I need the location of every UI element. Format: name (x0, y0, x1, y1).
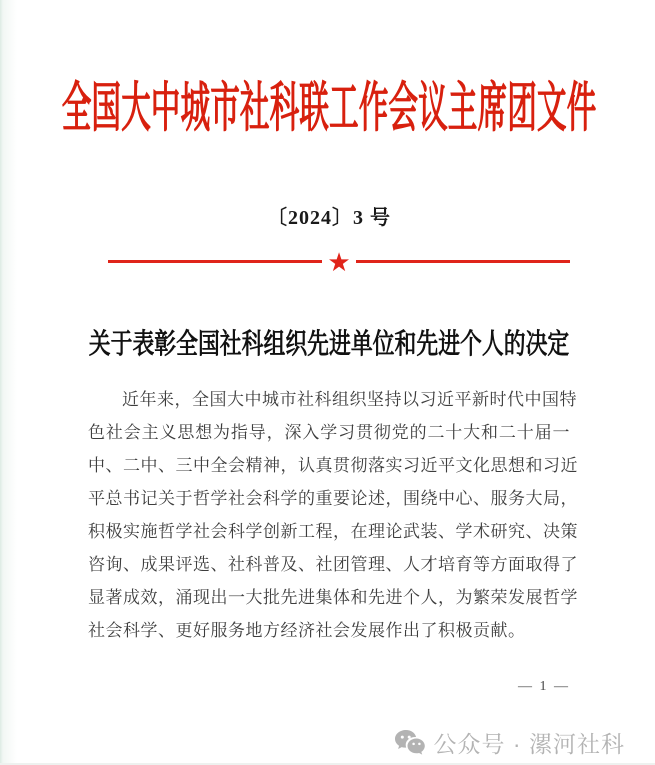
body-line: 平总书记关于哲学社会科学的重要论述，围绕中心、服务大局， (88, 482, 570, 515)
body-line: 咨询、成果评选、社科普及、社团管理、人才培育等方面取得了 (88, 548, 570, 581)
body-line: 色社会主义思想为指导，深入学习贯彻党的二十大和二十届一 (88, 416, 570, 449)
account-watermark: 公众号 · 漯河社科 (394, 726, 625, 759)
document-number: 〔2024〕3 号 (88, 201, 570, 230)
red-divider-rule: ★ (108, 248, 570, 274)
paper-left-edge (0, 0, 18, 765)
body-paragraph: 近年来，全国大中城市社科组织坚持以习近平新时代中国特 色社会主义思想为指导，深入… (88, 383, 570, 647)
star-icon: ★ (327, 246, 350, 276)
body-line: 显著成效，涌现出一大批先进集体和先进个人，为繁荣发展哲学 (88, 581, 570, 614)
masthead-container: 全国大中城市社科联工作会议主席团文件 (88, 78, 570, 138)
body-line: 社会科学、更好服务地方经济社会发展作出了积极贡献。 (88, 614, 570, 647)
document-content: 全国大中城市社科联工作会议主席团文件 〔2024〕3 号 ★ 关于表彰全国社科组… (88, 0, 570, 765)
rule-segment-right (356, 260, 570, 263)
document-title: 关于表彰全国社科组织先进单位和先进个人的决定 (89, 322, 569, 362)
body-line: 积极实施哲学社会科学创新工程，在理论武装、学术研究、决策 (88, 515, 570, 548)
wechat-icon (394, 729, 426, 756)
rule-segment-left (108, 260, 322, 263)
page-number: — 1 — (518, 679, 570, 695)
document-page: 全国大中城市社科联工作会议主席团文件 〔2024〕3 号 ★ 关于表彰全国社科组… (0, 0, 655, 765)
body-line: 近年来，全国大中城市社科组织坚持以习近平新时代中国特 (88, 383, 570, 416)
body-line: 中、二中、三中全会精神，认真贯彻落实习近平文化思想和习近 (88, 449, 570, 482)
title-container: 关于表彰全国社科组织先进单位和先进个人的决定 (88, 322, 570, 362)
watermark-label: 公众号 · 漯河社科 (434, 726, 625, 759)
document-masthead: 全国大中城市社科联工作会议主席团文件 (62, 78, 597, 138)
